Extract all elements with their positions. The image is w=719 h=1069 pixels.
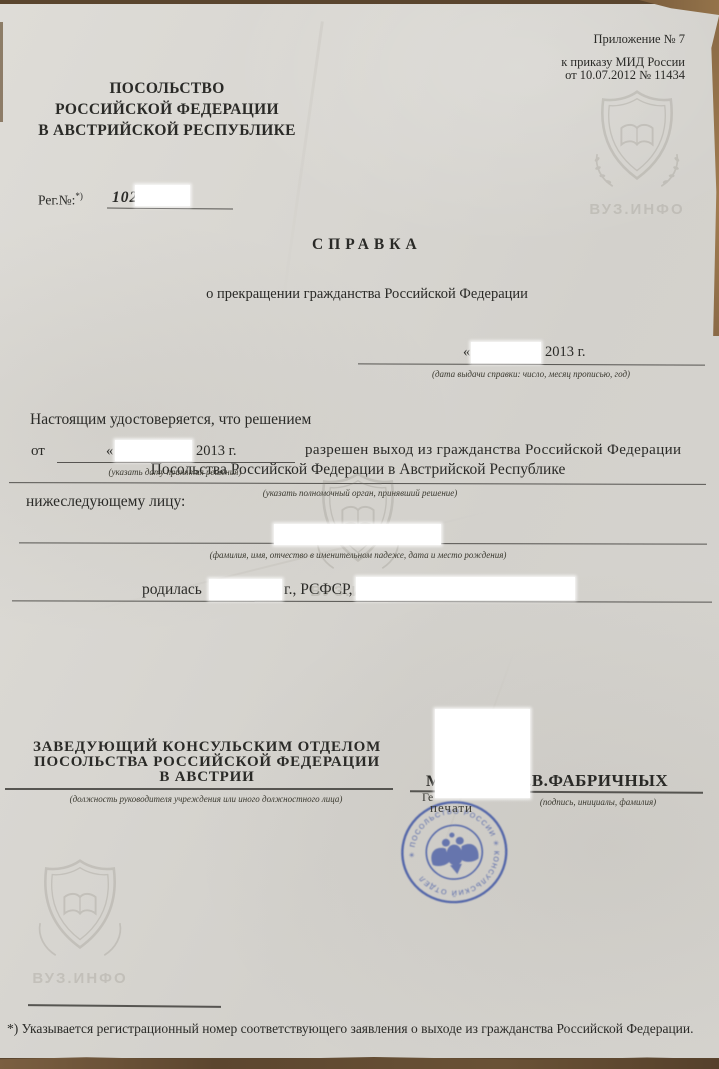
photo-background: ВУЗ.ИНФО ВУЗ.ИНФО ВУЗ. — [0, 0, 719, 1069]
doc-title: СПРАВКА — [312, 236, 422, 254]
footnote-marker: *) — [7, 1021, 18, 1036]
watermark-shield-icon — [585, 86, 689, 198]
embassy-line-1: ПОСОЛЬСТВО — [38, 78, 296, 99]
issue-date-year: 2013 г. — [545, 344, 586, 361]
issue-date-redaction — [471, 342, 541, 363]
decision-result: разрешен выход из гражданства Российской… — [305, 442, 681, 459]
signature-name: .В.ФАБРИЧНЫХ — [527, 771, 668, 791]
reg-redaction — [135, 185, 190, 206]
watermark-label: ВУЗ.ИНФО — [585, 201, 689, 218]
seal-label: печати — [430, 800, 473, 816]
footnote-text: Указывается регистрационный номер соотве… — [22, 1021, 694, 1036]
watermark-label: ВУЗ.ИНФО — [28, 970, 132, 987]
appendix-line-1: Приложение № 7 — [561, 33, 685, 46]
decision-year: 2013 г. — [196, 443, 237, 460]
name-redaction — [274, 524, 441, 545]
issue-date-caption: (дата выдачи справки: число, месяц пропи… — [381, 369, 681, 379]
born-label: родилась — [142, 581, 202, 599]
doc-subtitle: о прекращении гражданства Российской Фед… — [180, 286, 554, 303]
person-intro: нижеследующему лицу: — [26, 493, 185, 511]
embassy-line-2: РОССИЙСКОЙ ФЕДЕРАЦИИ — [38, 99, 296, 120]
watermark: ВУЗ.ИНФО — [28, 855, 132, 987]
watermark: ВУЗ.ИНФО — [585, 86, 689, 218]
signature-position-line-1: ЗАВЕДУЮЩИЙ КОНСУЛЬСКИМ ОТДЕЛОМ — [18, 740, 396, 755]
reg-label-text: Рег.№: — [38, 193, 75, 208]
signature-caption: (подпись, инициалы, фамилия) — [518, 797, 678, 807]
born-redaction-2 — [356, 577, 575, 600]
decision-caption: (указать дату принятия решения) — [99, 467, 251, 477]
signature-position-line-2: ПОСОЛЬСТВА РОССИЙСКОЙ ФЕДЕРАЦИИ — [18, 755, 396, 770]
signature-redaction — [435, 709, 530, 798]
decision-quote: « — [106, 443, 113, 460]
born-redaction-1 — [209, 579, 282, 600]
certify-text: Настоящим удостоверяется, что решением — [30, 411, 311, 429]
decision-from-label: от — [31, 443, 45, 460]
decision-underline — [57, 462, 295, 463]
signature-position-line-3: В АВСТРИИ — [18, 770, 396, 785]
signature-position: ЗАВЕДУЮЩИЙ КОНСУЛЬСКИМ ОТДЕЛОМ ПОСОЛЬСТВ… — [18, 740, 396, 785]
issue-date-quote: « — [463, 344, 470, 361]
eagle-emblem-icon — [428, 829, 481, 877]
table-edge-left — [0, 22, 3, 122]
appendix-block: Приложение № 7 к приказу МИД России от 1… — [561, 33, 685, 82]
embassy-header: ПОСОЛЬСТВО РОССИЙСКОЙ ФЕДЕРАЦИИ В АВСТРИ… — [38, 78, 296, 141]
watermark-shield-icon — [28, 855, 132, 967]
footnote: *) Указывается регистрационный номер соо… — [7, 1021, 717, 1037]
reg-label: Рег.№:*) — [38, 191, 83, 209]
position-underline — [5, 788, 393, 790]
reg-footnote-marker: *) — [75, 191, 83, 201]
position-caption: (должность руководителя учреждения или и… — [31, 794, 381, 804]
decision-redaction — [115, 440, 192, 461]
appendix-line-3: от 10.07.2012 № 11434 — [561, 69, 685, 82]
embassy-line-3: В АВСТРИЙСКОЙ РЕСПУБЛИКЕ — [38, 120, 296, 141]
